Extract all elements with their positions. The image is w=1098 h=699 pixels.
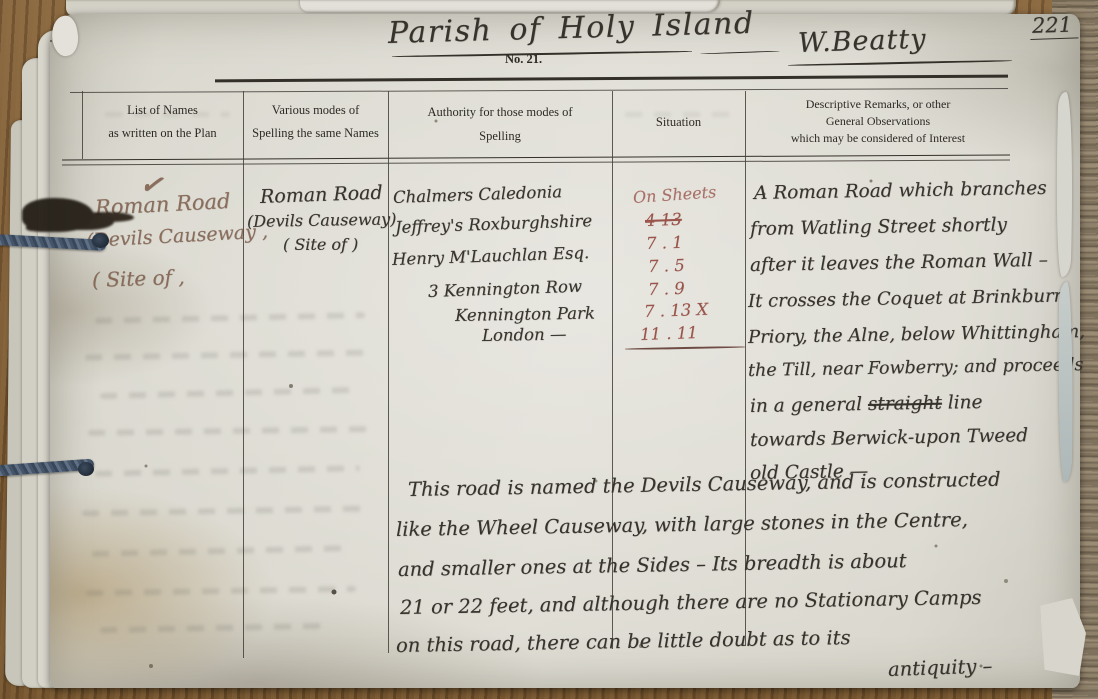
remarks-struck-word: straight <box>868 393 942 415</box>
remarks-segment: line <box>942 392 983 414</box>
header-various-modes: Various modes of <box>248 103 383 118</box>
header-remarks: Descriptive Remarks, or other <box>750 97 1006 112</box>
note-line: This road is named the Devils Causeway, … <box>408 468 1001 501</box>
spelling-line: ( Site of ) <box>283 235 358 254</box>
header-remarks-3: which may be considered of Interest <box>750 131 1006 146</box>
parish-title: Parish of Holy Island <box>388 6 756 51</box>
plan-name-line: Roman Road <box>94 189 231 220</box>
bleedthrough-text <box>82 506 367 517</box>
remarks-line-with-strike: in a general straight line <box>750 392 983 417</box>
surveyor-signature: W.Beatty <box>797 24 927 59</box>
torn-edge-bottom-right <box>1040 598 1086 676</box>
bleedthrough-text <box>86 586 356 596</box>
situation-sheet: 7 . 1 <box>646 233 683 253</box>
situation-sheet: 7 . 5 <box>648 256 685 276</box>
ink-blot <box>22 198 94 232</box>
situation-cancelled-sheet: 4 13 <box>645 210 682 230</box>
authority-line: Kennington Park <box>455 304 595 325</box>
plan-name-line: ( Site of , <box>92 265 185 292</box>
spelling-line: Roman Road <box>260 182 383 208</box>
header-thick-rule <box>215 75 1008 82</box>
situation-sheet: 11 . 11 <box>640 323 698 344</box>
page-content: 221 Parish of Holy Island No. 21. W.Beat… <box>0 0 1098 699</box>
note-line: 21 or 22 feet, and although there are no… <box>400 586 982 619</box>
column-rule-2 <box>388 91 389 653</box>
table-left-rule <box>82 91 83 159</box>
note-line: and smaller ones at the Sides – Its brea… <box>398 549 907 581</box>
remarks-line: Priory, the Alne, below Whittingham, <box>748 321 1085 348</box>
remarks-line: after it leaves the Roman Wall – <box>750 250 1048 276</box>
torn-bit-top-left <box>49 14 82 58</box>
situation-heading: On Sheets <box>632 182 716 207</box>
note-line: like the Wheel Causeway, with large ston… <box>396 508 968 541</box>
bleedthrough-text <box>95 465 360 477</box>
remarks-line: the Till, near Fowberry; and proceeds <box>748 355 1084 381</box>
authority-line: London — <box>482 325 567 345</box>
header-list-of-names-2: as written on the Plan <box>90 126 235 141</box>
header-various-modes-2: Spelling the same Names <box>248 126 383 141</box>
bleedthrough-text <box>92 545 352 557</box>
authority-line: Jeffrey's Roxburghshire <box>395 211 593 237</box>
bleedthrough-text <box>100 623 330 633</box>
header-authority: Authority for those modes of <box>393 105 607 120</box>
remarks-line: towards Berwick-upon Tweed <box>750 425 1028 451</box>
remarks-line: A Roman Road which branches <box>754 178 1047 204</box>
bleedthrough-text <box>95 312 365 324</box>
authority-line: 3 Kennington Row <box>428 277 583 301</box>
situation-sheet: 7 . 13 X <box>644 300 709 321</box>
bleedthrough-text <box>100 387 355 399</box>
authority-line: Chalmers Caledonia <box>393 182 563 207</box>
torn-edge-top-right <box>1054 92 1076 277</box>
remarks-line: from Watling Street shortly <box>750 215 1007 240</box>
form-number: No. 21. <box>505 52 542 67</box>
authority-line: Henry M'Lauchlan Esq. <box>392 243 590 269</box>
column-rule-1 <box>243 91 244 658</box>
remarks-segment: in a general <box>750 394 868 417</box>
title-flourish <box>700 51 780 55</box>
plan-name-line: (Devils Causeway , <box>85 220 268 251</box>
remarks-line: It crosses the Coquet at Brinkburn <box>748 285 1066 312</box>
header-authority-2: Spelling <box>393 129 607 144</box>
spelling-line: (Devils Causeway) <box>247 209 397 231</box>
header-remarks-2: General Observations <box>750 114 1006 129</box>
header-situation: Situation <box>616 115 741 130</box>
header-list-of-names: List of Names <box>90 103 235 118</box>
table-top-rule <box>70 88 1008 93</box>
page-number: 221 <box>1030 12 1079 40</box>
torn-edge-mid-right <box>1057 282 1075 482</box>
binding-hole-bottom <box>78 462 94 476</box>
note-line: on this road, there can be little doubt … <box>396 626 851 657</box>
note-line: antiquity – <box>888 654 993 681</box>
bleedthrough-text <box>88 426 368 436</box>
signature-underline <box>788 60 1012 66</box>
bleedthrough-text <box>85 349 375 360</box>
binding-hole-top <box>92 233 109 248</box>
situation-underline <box>625 346 745 350</box>
situation-sheet: 7 . 9 <box>648 279 685 299</box>
